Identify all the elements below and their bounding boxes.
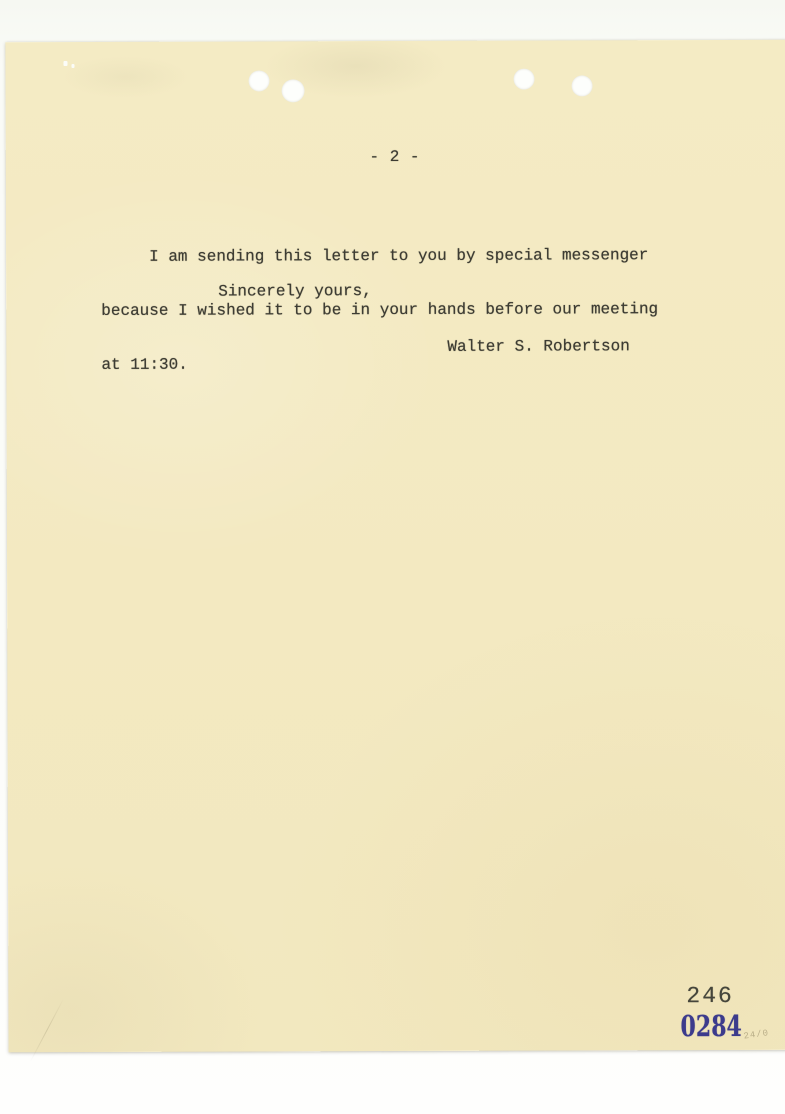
punch-hole-1	[249, 70, 270, 91]
page-number: - 2 -	[6, 147, 784, 167]
stamp-number-bottom: 0284	[680, 1009, 741, 1043]
document-scan: - 2 - I am sending this letter to you by…	[0, 0, 785, 1114]
paper-crease	[30, 998, 64, 1062]
punch-hole-4	[572, 75, 593, 96]
body-line-3: at 11:30.	[101, 354, 658, 374]
body-line-1: I am sending this letter to you by speci…	[101, 246, 658, 266]
punch-hole-2	[282, 79, 305, 102]
signature-name: Walter S. Robertson	[447, 337, 629, 356]
paper-nick	[63, 61, 67, 66]
faint-pencil-mark: 24/0	[743, 1028, 770, 1042]
stamp-number-top: 246	[686, 983, 734, 1009]
punch-hole-3	[514, 69, 535, 90]
paper-nick	[71, 64, 74, 68]
letter-page: - 2 - I am sending this letter to you by…	[5, 40, 785, 1052]
body-line-2: because I wished it to be in your hands …	[101, 300, 658, 320]
body-paragraph: I am sending this letter to you by speci…	[101, 210, 659, 410]
closing-salutation: Sincerely yours,	[218, 282, 372, 300]
